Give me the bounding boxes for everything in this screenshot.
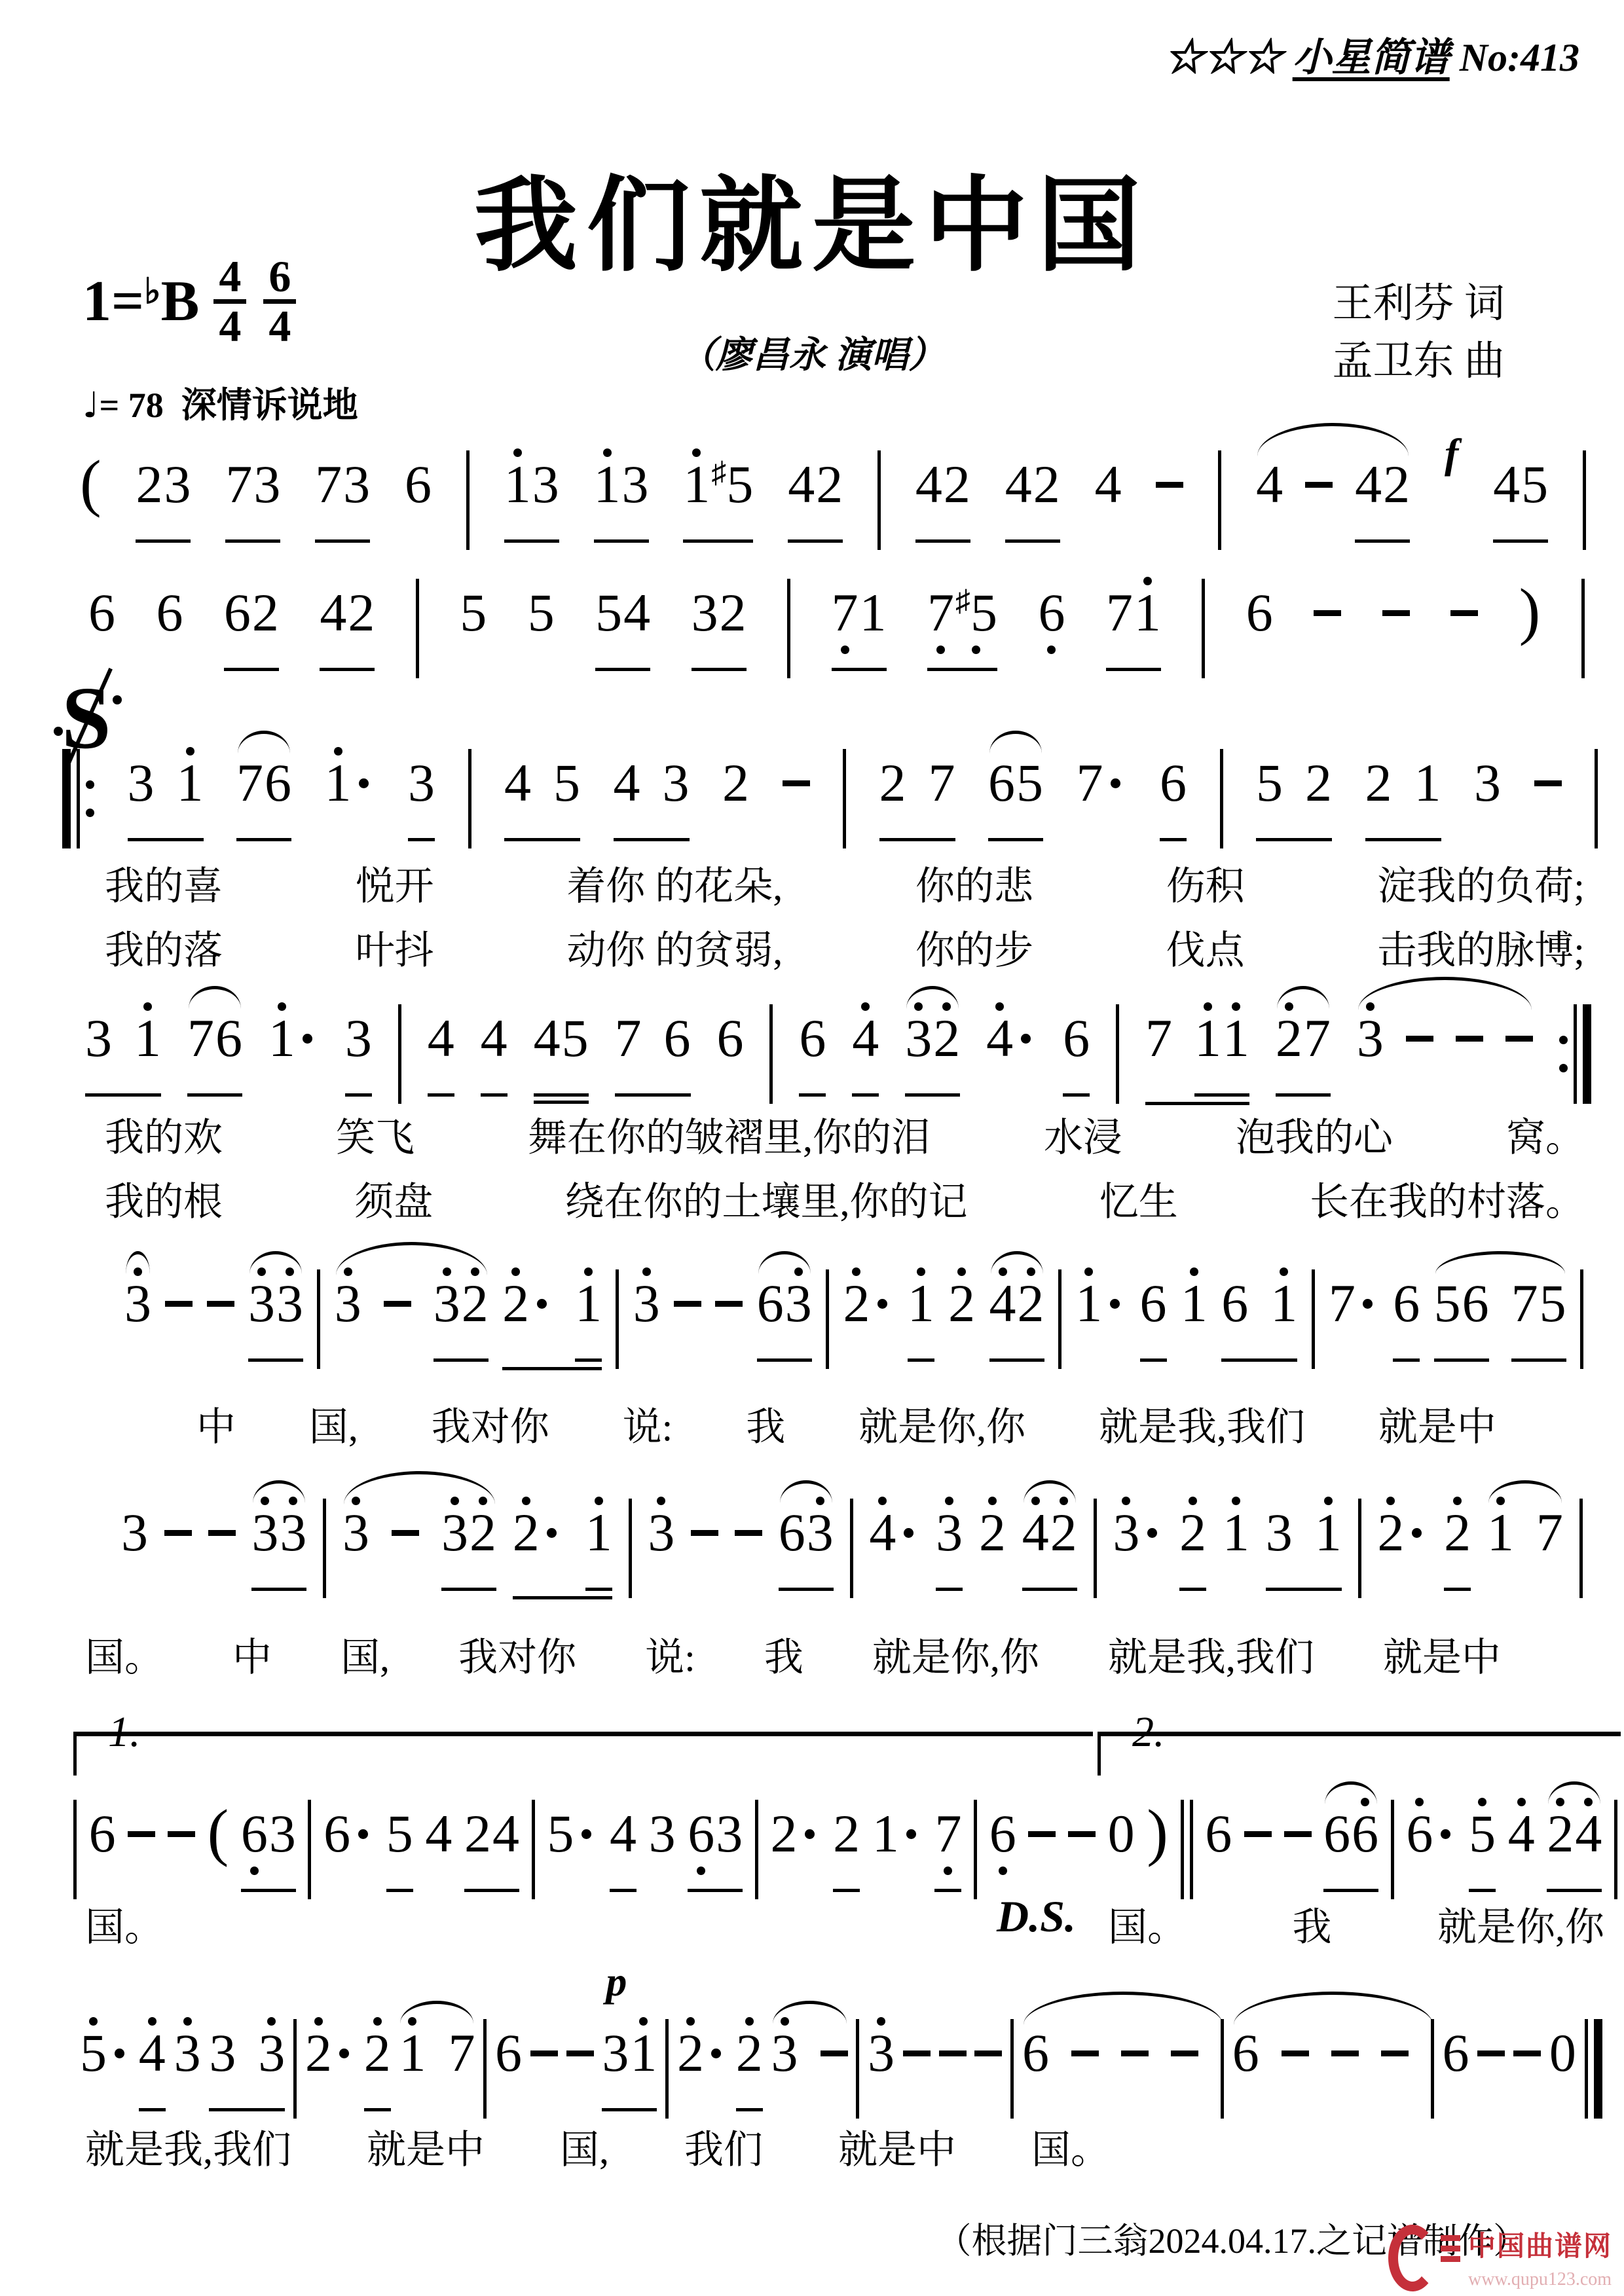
lyric-segment: 我的喜 xyxy=(105,855,223,911)
tempo-marking: ♩= 78 深情诉说地 xyxy=(83,377,358,428)
note-cell: 7 xyxy=(448,2009,475,2103)
slur-arc xyxy=(991,1251,1043,1274)
dash xyxy=(939,2050,967,2056)
note-cell: 31 xyxy=(1266,1488,1342,1591)
note-cell: 5 xyxy=(386,1789,413,1892)
barline xyxy=(398,1004,401,1104)
parenthesis: ( xyxy=(80,450,101,516)
augmentation-dot xyxy=(1441,1829,1450,1839)
lyric-segment: 国, xyxy=(309,1396,358,1452)
barline xyxy=(317,1269,320,1369)
note-cell: 13 xyxy=(594,440,649,543)
dash xyxy=(1068,1831,1096,1837)
parenthesis: ) xyxy=(1147,1800,1168,1865)
credits: 王利芬 词 孟卫东 曲 xyxy=(1332,275,1505,390)
note-cell: 7 xyxy=(1329,1259,1379,1353)
note-group: 3 xyxy=(124,1259,151,1353)
barline xyxy=(1220,749,1223,848)
note-cell: 3 xyxy=(1357,994,1384,1088)
note-cell: 7 xyxy=(934,1789,961,1892)
dash xyxy=(530,2050,558,2056)
barline xyxy=(1583,450,1586,550)
note-cell: 6 xyxy=(716,994,743,1088)
augmentation-dot xyxy=(537,1299,547,1309)
barline xyxy=(1358,1499,1361,1598)
lyric-segment: 我的落 xyxy=(105,919,223,975)
barline xyxy=(483,2019,487,2119)
lyric-segment: 就是我,我们 xyxy=(1099,1396,1305,1452)
note-cell xyxy=(1071,2009,1099,2103)
note-cell xyxy=(821,2009,848,2103)
volta2-lyric: 国。我就是你,你 xyxy=(1108,1896,1604,1952)
barline xyxy=(665,2019,669,2119)
note-cell xyxy=(1121,2009,1149,2103)
note-cell: 6 xyxy=(989,1789,1016,1884)
barline xyxy=(1202,579,1205,678)
note-cell: 1 xyxy=(575,1259,602,1362)
watermark: 中国曲谱网 www.qupu123.com xyxy=(1388,2225,1612,2291)
lyric-segment: 伐点 xyxy=(1166,919,1245,975)
lyric-segment: 泡我的心 xyxy=(1236,1106,1393,1163)
lyric-segment: 说: xyxy=(623,1396,673,1452)
dash xyxy=(1513,2050,1541,2056)
lyric-segment: 击我的脉博; xyxy=(1377,919,1585,975)
barline xyxy=(468,749,471,848)
slur-arc xyxy=(989,731,1042,754)
note-cell xyxy=(1534,738,1562,833)
note-cell: 0 xyxy=(1108,1789,1135,1884)
dash xyxy=(1381,2050,1409,2056)
note-cell: 1 xyxy=(585,1488,612,1591)
dynamic-marking: p xyxy=(606,1958,627,2006)
music-line-4: 3176134445766643246711273 xyxy=(85,994,1591,1105)
note-cell xyxy=(1382,568,1410,663)
dash xyxy=(1534,780,1562,786)
dash xyxy=(903,2050,931,2056)
lyric-segment: 就是中 xyxy=(838,2119,956,2175)
note-cell xyxy=(1156,440,1183,534)
barline xyxy=(1581,579,1585,678)
note-cell: 31 xyxy=(85,994,161,1097)
note-cell: 73 xyxy=(225,440,280,543)
note-cell: 65 xyxy=(988,738,1043,841)
barline xyxy=(1431,2019,1434,2119)
note-cell: p31 xyxy=(602,2009,657,2111)
flat-icon: ♭ xyxy=(144,272,160,311)
watermark-url: www.qupu123.com xyxy=(1468,2269,1612,2290)
barline xyxy=(1312,1269,1315,1369)
note-cell xyxy=(168,1789,195,1884)
begin-repeat-barline xyxy=(62,749,94,848)
composer-credit: 孟卫东 曲 xyxy=(1332,333,1505,390)
lyric-segment: 伤积 xyxy=(1166,855,1245,911)
barline xyxy=(1058,1269,1061,1369)
lyric-segment: 国。 xyxy=(85,1626,164,1683)
note-cell: 4 xyxy=(425,1789,452,1884)
barline xyxy=(826,1269,829,1369)
barline xyxy=(293,2019,297,2119)
dash xyxy=(392,1530,419,1536)
note-cell: 63 xyxy=(688,1789,743,1892)
slur-arc xyxy=(238,731,290,754)
note-cell xyxy=(1331,2009,1359,2103)
note-cell: 76 xyxy=(187,994,242,1097)
slur-arc xyxy=(1024,1480,1076,1503)
dash xyxy=(1244,1831,1272,1837)
lyric-segment: 悦开 xyxy=(356,855,434,911)
note-cell xyxy=(1282,2009,1309,2103)
verse2-line1: 我的欢笑飞舞在你的皱褶里,你的泪水浸泡我的心窝。 xyxy=(105,1106,1585,1163)
note-cell: 3 xyxy=(342,1488,369,1582)
note-cell: 24 xyxy=(1547,1789,1602,1892)
note-cell: 76 xyxy=(615,994,691,1097)
augmentation-dot xyxy=(339,2049,349,2058)
note-cell: 1 xyxy=(1181,1259,1208,1353)
augmentation-dot xyxy=(1147,1528,1157,1538)
lyric-segment: 须盘 xyxy=(354,1171,433,1227)
note-cell xyxy=(974,2009,1002,2103)
note-cell: 63 xyxy=(757,1259,812,1362)
note-cell: 6 xyxy=(1232,2009,1259,2103)
lyric-segment: 就是中 xyxy=(1383,1626,1501,1683)
note-cell: 27 xyxy=(1276,994,1331,1097)
dash xyxy=(1382,610,1410,616)
barline xyxy=(1391,1800,1394,1899)
lyric-segment: 笑飞 xyxy=(336,1106,415,1163)
note-cell xyxy=(735,1488,762,1582)
sheet-music-page: ☆☆☆ 小星简谱 No:413 我们就是中国 （廖昌永 演唱） 王利芬 词 孟卫… xyxy=(0,0,1624,2296)
lyric-segment: 就是我,我们 xyxy=(1108,1626,1314,1683)
barline xyxy=(1580,1269,1583,1369)
note-cell: 2 xyxy=(771,1789,821,1884)
barline xyxy=(1221,2019,1224,2119)
dash xyxy=(735,1530,762,1536)
barline xyxy=(1218,450,1221,550)
lyric-segment: 就是中 xyxy=(1378,1396,1496,1452)
lyric-segment: 中 xyxy=(232,1626,272,1683)
slur-arc xyxy=(253,1480,305,1503)
music-line-8: 5433322176p3122336660 xyxy=(80,2009,1602,2119)
note-cell: 1 xyxy=(1075,1259,1126,1353)
lyric-segment: 动你 的贫弱, xyxy=(566,919,783,975)
note-cell xyxy=(1314,568,1341,663)
augmentation-dot xyxy=(904,1528,913,1538)
augmentation-dot xyxy=(1110,1299,1120,1309)
note-cell xyxy=(1068,1789,1096,1884)
augmentation-dot xyxy=(303,1034,312,1044)
dash xyxy=(1171,2050,1198,2056)
lyric-segment: 说: xyxy=(645,1626,695,1683)
dash xyxy=(208,1530,236,1536)
barline xyxy=(856,2019,859,2119)
note-cell: 1 xyxy=(872,1789,923,1884)
lyric-segment: 就是你,你 xyxy=(872,1626,1039,1683)
time-signatures: 44 64 xyxy=(213,254,296,350)
sheet-number: No:413 xyxy=(1450,36,1579,79)
note-cell: 3 xyxy=(1474,738,1501,833)
note-cell: 42 xyxy=(915,440,970,543)
barline xyxy=(616,1269,619,1369)
note-cell: 5 xyxy=(1469,1789,1496,1892)
barline xyxy=(1614,1800,1617,1899)
note-cell: 2 xyxy=(1179,1488,1206,1591)
note-cell: 2 xyxy=(513,1488,563,1582)
slur-arc xyxy=(189,986,241,1009)
slur-arc xyxy=(1277,986,1329,1009)
volta-label: 1. xyxy=(108,1707,141,1757)
note-cell xyxy=(1244,1789,1272,1884)
note-cell: 6 xyxy=(88,568,115,663)
lyric-segment: 你的悲 xyxy=(915,855,1033,911)
slur-arc xyxy=(758,1251,811,1274)
note-cell: 7 xyxy=(1077,738,1127,833)
note-cell: 5 xyxy=(80,2009,130,2103)
note-cell: 32 xyxy=(905,994,960,1097)
note-cell: 42 xyxy=(320,568,375,671)
final-lyric: 就是我,我们就是中国,我们就是中国。 xyxy=(85,2119,1110,2175)
lyric-segment: 就是你,你 xyxy=(1437,1896,1604,1952)
barline xyxy=(850,1499,853,1598)
lyric-segment: 我 xyxy=(764,1626,803,1683)
note-cell: 2 xyxy=(833,1789,860,1892)
note-cell: 45 xyxy=(504,738,580,841)
note-cell xyxy=(207,1259,234,1353)
note-group: 3 xyxy=(771,2009,848,2103)
note-cell: 6 xyxy=(156,568,183,663)
augmentation-dot xyxy=(1111,778,1120,788)
note-cell xyxy=(208,1488,236,1582)
end-repeat-barline xyxy=(1559,1004,1591,1104)
note-group: 332 xyxy=(342,1488,496,1591)
note-cell: 4 xyxy=(986,994,1037,1088)
note-cell: 11 xyxy=(1194,994,1249,1097)
note-cell xyxy=(1171,2009,1198,2103)
note-cell: 3 xyxy=(335,1259,361,1353)
note-cell: 45 xyxy=(534,994,589,1104)
barline xyxy=(1595,749,1598,848)
dash xyxy=(1456,1036,1483,1042)
dash xyxy=(1477,2050,1505,2056)
note-cell xyxy=(1477,2009,1505,2103)
note-cell: 4 xyxy=(852,994,879,1097)
note-cell: 6 xyxy=(323,1789,374,1884)
dash xyxy=(674,1301,701,1307)
note-cell xyxy=(939,2009,967,2103)
dash xyxy=(1282,2050,1309,2056)
note-cell: 21 xyxy=(1365,738,1441,841)
dash xyxy=(128,1831,155,1837)
note-cell: 2 xyxy=(1444,1488,1471,1591)
note-cell xyxy=(392,1488,419,1582)
note-group: 711 xyxy=(1145,994,1249,1105)
note-cell: 3 xyxy=(936,1488,963,1591)
lyric-segment: 长在我的村落。 xyxy=(1310,1171,1585,1227)
note-cell: 42 xyxy=(1355,440,1410,543)
note-cell: 1 xyxy=(908,1259,934,1362)
dash xyxy=(1121,2050,1149,2056)
note-cell: 32 xyxy=(441,1488,496,1591)
note-cell xyxy=(1381,2009,1409,2103)
dash xyxy=(783,780,810,786)
dash xyxy=(207,1301,234,1307)
lyric-segment: 我 xyxy=(1293,1896,1332,1952)
augmentation-dot xyxy=(1363,1299,1373,1309)
lyric-segment: 你的步 xyxy=(915,919,1033,975)
verse2-line2: 我的根须盘绕在你的土壤里,你的记忆生长在我的村落。 xyxy=(105,1171,1585,1227)
note-cell: 6 xyxy=(799,994,826,1097)
note-cell: 31 xyxy=(128,738,204,841)
note-cell: 33 xyxy=(251,1488,306,1591)
music-line-5: 333332213632124216161765675 xyxy=(124,1259,1583,1370)
barline xyxy=(843,749,846,848)
barline xyxy=(755,1800,758,1899)
note-cell: 4 xyxy=(428,994,454,1097)
slur-arc xyxy=(1325,1781,1377,1804)
augmentation-dot xyxy=(906,1829,916,1839)
lyricist-credit: 王利芬 词 xyxy=(1332,275,1505,333)
note-cell: 3 xyxy=(633,1259,660,1353)
dash xyxy=(1156,482,1183,488)
augmentation-dot xyxy=(1021,1034,1031,1044)
lyric-segment: 忆生 xyxy=(1099,1171,1178,1227)
note-cell: 5 xyxy=(547,1789,597,1884)
note-cell: 33 xyxy=(209,2009,285,2111)
key-text: 1=♭B xyxy=(83,268,199,335)
qupu-logo-icon xyxy=(1388,2225,1437,2291)
augmentation-dot xyxy=(581,1829,591,1839)
note-cell: 3 xyxy=(174,2009,201,2103)
publisher-header: ☆☆☆ 小星简谱 No:413 xyxy=(1165,26,1579,82)
note-group: 5675 xyxy=(1434,1259,1566,1362)
note-cell: 42 xyxy=(989,1259,1044,1362)
augmentation-dot xyxy=(359,778,369,788)
augmentation-dot xyxy=(1412,1528,1422,1538)
volta-2-bracket: 2. xyxy=(1098,1732,1621,1776)
note-cell: 7 xyxy=(1536,1488,1563,1582)
note-cell: 62 xyxy=(224,568,279,671)
barline xyxy=(1116,1004,1119,1104)
music-line-3: 3176134543227657652213 xyxy=(62,738,1598,848)
note-cell xyxy=(1513,2009,1541,2103)
time-signature-2: 64 xyxy=(263,254,296,350)
barline xyxy=(308,1800,311,1899)
note-cell xyxy=(1450,568,1478,663)
note-cell: 73 xyxy=(315,440,370,543)
barline xyxy=(769,1004,773,1104)
note-cell: 3 xyxy=(648,1488,674,1582)
note-cell: 4 xyxy=(869,1488,919,1582)
note-cell xyxy=(691,1488,718,1582)
note-group: 332 xyxy=(335,1259,489,1362)
music-line-6: 3333322136343242321312217 xyxy=(121,1488,1583,1599)
chorus-line1: 中国,我对你说:我就是你,你就是我,我们就是中 xyxy=(196,1396,1496,1452)
note-cell: 6 xyxy=(1022,2009,1049,2103)
lyric-segment: 就是我,我们 xyxy=(85,2119,291,2175)
note-cell: 76 xyxy=(236,738,291,841)
note-cell: 6 xyxy=(495,2009,522,2103)
lyric-segment: 国。 xyxy=(85,1896,164,1952)
parenthesis: ( xyxy=(208,1800,229,1865)
note-cell xyxy=(1456,994,1483,1088)
final-barline xyxy=(1585,2019,1602,2119)
slur-arc xyxy=(780,1480,832,1503)
note-cell: 54 xyxy=(595,568,650,671)
note-cell: 6 xyxy=(1443,2009,1469,2103)
note-cell xyxy=(903,2009,931,2103)
note-cell xyxy=(530,2009,558,2103)
dash xyxy=(168,1831,195,1837)
note-cell xyxy=(1305,440,1333,534)
note-cell xyxy=(1406,994,1433,1088)
lyric-segment: 淀我的负荷; xyxy=(1377,855,1585,911)
barline xyxy=(1579,1499,1583,1598)
barline xyxy=(787,579,790,678)
note-cell: 2 xyxy=(677,2009,728,2103)
note-cell: 45 xyxy=(1493,440,1548,543)
dash xyxy=(566,2050,594,2056)
lyric-segment: 叶抖 xyxy=(356,919,434,975)
lyric-segment: 窝。 xyxy=(1506,1106,1585,1163)
barline xyxy=(323,1499,326,1598)
augmentation-dot xyxy=(805,1829,815,1839)
lyric-segment: 我的欢 xyxy=(105,1106,223,1163)
note-cell: 2 xyxy=(502,1259,553,1353)
slur-arc xyxy=(906,986,959,1009)
note-cell: 7 xyxy=(1145,994,1172,1088)
note-cell: 27 xyxy=(879,738,955,841)
lyric-segment: 我对你 xyxy=(458,1626,576,1683)
note-cell xyxy=(1284,1789,1312,1884)
note-cell: 61 xyxy=(1221,1259,1297,1362)
dash xyxy=(384,1301,411,1307)
note-cell: 42 xyxy=(788,440,843,543)
lyric-segment: 国。 xyxy=(1031,2119,1110,2175)
note-cell xyxy=(1505,994,1533,1088)
note-group: 21 xyxy=(513,1488,612,1599)
ds-marking: D.S. xyxy=(997,1891,1076,1942)
barline xyxy=(877,450,881,550)
note-cell: 2 xyxy=(305,2009,356,2103)
lyric-segment: 国。 xyxy=(1108,1896,1187,1952)
note-cell: 6 xyxy=(1038,568,1065,663)
note-cell: 0 xyxy=(1549,2009,1576,2103)
lyric-segment: 我对你 xyxy=(432,1396,549,1452)
note-group: 17 xyxy=(1487,1488,1563,1582)
note-cell: 42 xyxy=(1022,1488,1077,1591)
dash xyxy=(165,1301,193,1307)
note-cell: 4 xyxy=(139,2009,166,2111)
volta1-lyric: 国。 xyxy=(85,1896,282,1952)
note-cell: 1 xyxy=(1487,1488,1514,1582)
note-cell: 6 xyxy=(1246,568,1273,663)
note-cell: 3 xyxy=(408,738,435,841)
lyric-segment: 绕在你的土壤里,你的记 xyxy=(565,1171,968,1227)
dash xyxy=(1406,1036,1433,1042)
lyric-segment: 我们 xyxy=(684,2119,763,2175)
barline xyxy=(466,450,470,550)
lyric-segment: 国, xyxy=(341,1626,390,1683)
augmentation-dot xyxy=(358,1829,368,1839)
note-cell: 2 xyxy=(736,2009,763,2111)
lyric-segment: 我 xyxy=(746,1396,785,1452)
note-cell: 13 xyxy=(504,440,559,543)
note-cell xyxy=(1028,1789,1056,1884)
dynamic-marking: f xyxy=(1445,429,1458,478)
music-line-7: 6(636542454363221760)66665424 xyxy=(73,1789,1617,1899)
dash xyxy=(1331,2050,1359,2056)
lyric-segment: 着你 的花朵, xyxy=(566,855,783,911)
note-cell: 1 xyxy=(268,994,319,1088)
